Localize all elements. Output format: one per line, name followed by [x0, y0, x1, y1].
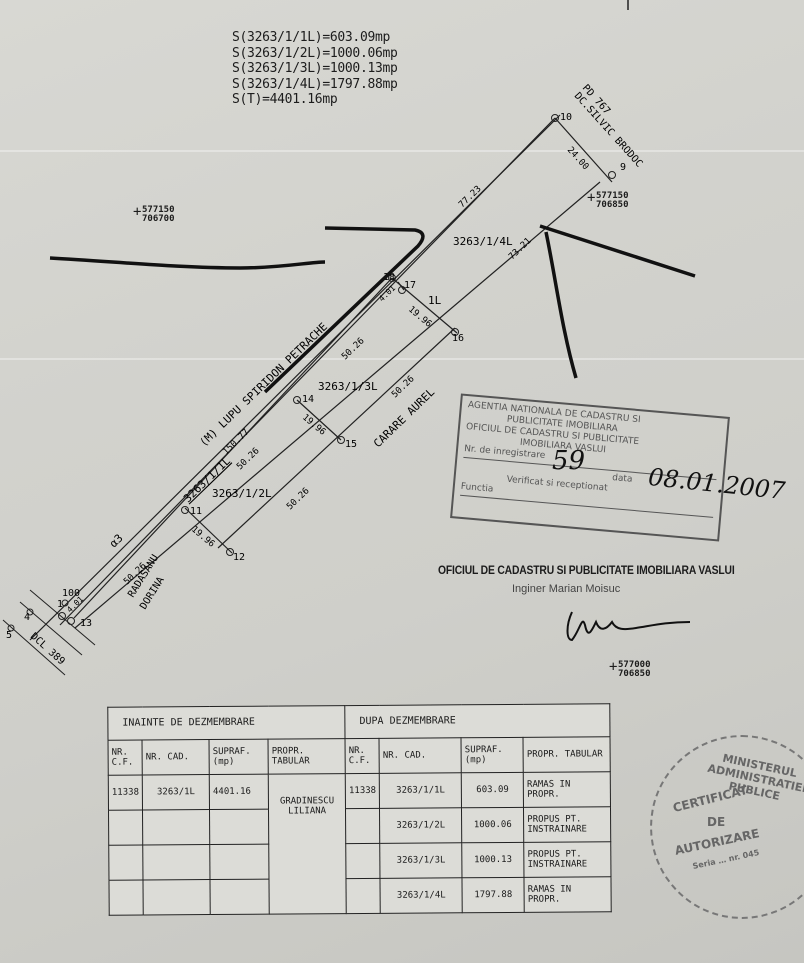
column-header: SUPRAF. (mp) — [461, 737, 523, 772]
column-header: NR. CAD. — [379, 738, 461, 774]
marker-arrow — [265, 228, 423, 392]
dimension-label: 24.00 — [565, 145, 591, 172]
coordinate-mark: + 577150 706850 — [596, 192, 629, 210]
table-row: 3263/1/3L 1000.13 PROPUS PT. INSTRAINARE — [109, 842, 611, 881]
engineer-name: Inginer Marian Moisuc — [512, 583, 620, 595]
section-after-title: DUPA DEZMEMBRARE — [345, 704, 610, 739]
dimension-label: 50.26 — [285, 486, 311, 512]
dimension-label: 19.96 — [406, 305, 433, 330]
point-label: 14 — [302, 394, 314, 405]
neighbor-label: (M) LUPU SPIRIDON PETRACHE — [197, 320, 330, 449]
parcel-label: 3263/1/2L — [212, 487, 272, 500]
table-row: 3263/1/2L 1000.06 PROPUS PT. INSTRAINARE — [108, 807, 610, 846]
dimension-label: 77.23 — [457, 184, 483, 210]
point-label: 13 — [80, 618, 92, 629]
section-before-title: INAINTE DE DEZMEMBRARE — [108, 706, 345, 741]
parcel-label: 3263/1/3L — [318, 380, 378, 393]
point-label: 12 — [233, 552, 245, 563]
cross-icon: + — [587, 194, 595, 203]
point-label: 11 — [190, 506, 202, 517]
dimension-label: 50.26 — [235, 446, 261, 472]
point-label: 10 — [560, 112, 572, 123]
column-header: PROPR. TABULAR — [268, 739, 345, 775]
coordinate-mark: + 577150 706700 — [142, 206, 175, 224]
point-label: 1 — [57, 599, 63, 610]
column-header: NR. C.F. — [345, 738, 379, 773]
marker-arrow — [540, 226, 695, 276]
registration-number: 59 — [552, 446, 585, 476]
dimension-label: 50.26 — [340, 336, 366, 362]
parcel-label: 3263/1/4L — [453, 235, 513, 248]
dimension-label: 19.96 — [189, 525, 216, 550]
office-title: OFICIUL DE CADASTRU SI PUBLICITATE IMOBI… — [438, 565, 735, 577]
point-label: 9 — [620, 162, 626, 173]
cross-icon: + — [609, 663, 617, 672]
point-label: 15 — [345, 439, 357, 450]
cross-icon: + — [133, 208, 141, 217]
neighbor-label: CARARE AUREL — [371, 385, 437, 450]
column-header: SUPRAF. (mp) — [209, 739, 268, 774]
coordinate-mark: + 577000 706850 — [618, 661, 651, 679]
point-label: 17 — [404, 280, 416, 291]
column-header: NR. CAD. — [142, 740, 209, 775]
marker-stroke — [50, 258, 325, 268]
point-label: 5 — [6, 630, 12, 641]
column-header: PROPR. TABULAR — [523, 737, 610, 773]
point-label: 4 — [24, 612, 30, 623]
parcel-table: INAINTE DE DEZMEMBRARE DUPA DEZMEMBRARE … — [107, 703, 612, 916]
point-label: 16 — [452, 333, 464, 344]
column-header: NR. C.F. — [108, 740, 142, 775]
parcel-label: 1L — [428, 294, 442, 307]
dimension-label: 50.26 — [390, 374, 416, 400]
table-row: 3263/1/4L 1797.88 RAMAS IN PROPR. — [109, 877, 611, 916]
dimension-label: 4.01 — [377, 283, 397, 303]
table-row: 11338 3263/1L 4401.16 GRADINESCU LILIANA… — [108, 772, 610, 811]
